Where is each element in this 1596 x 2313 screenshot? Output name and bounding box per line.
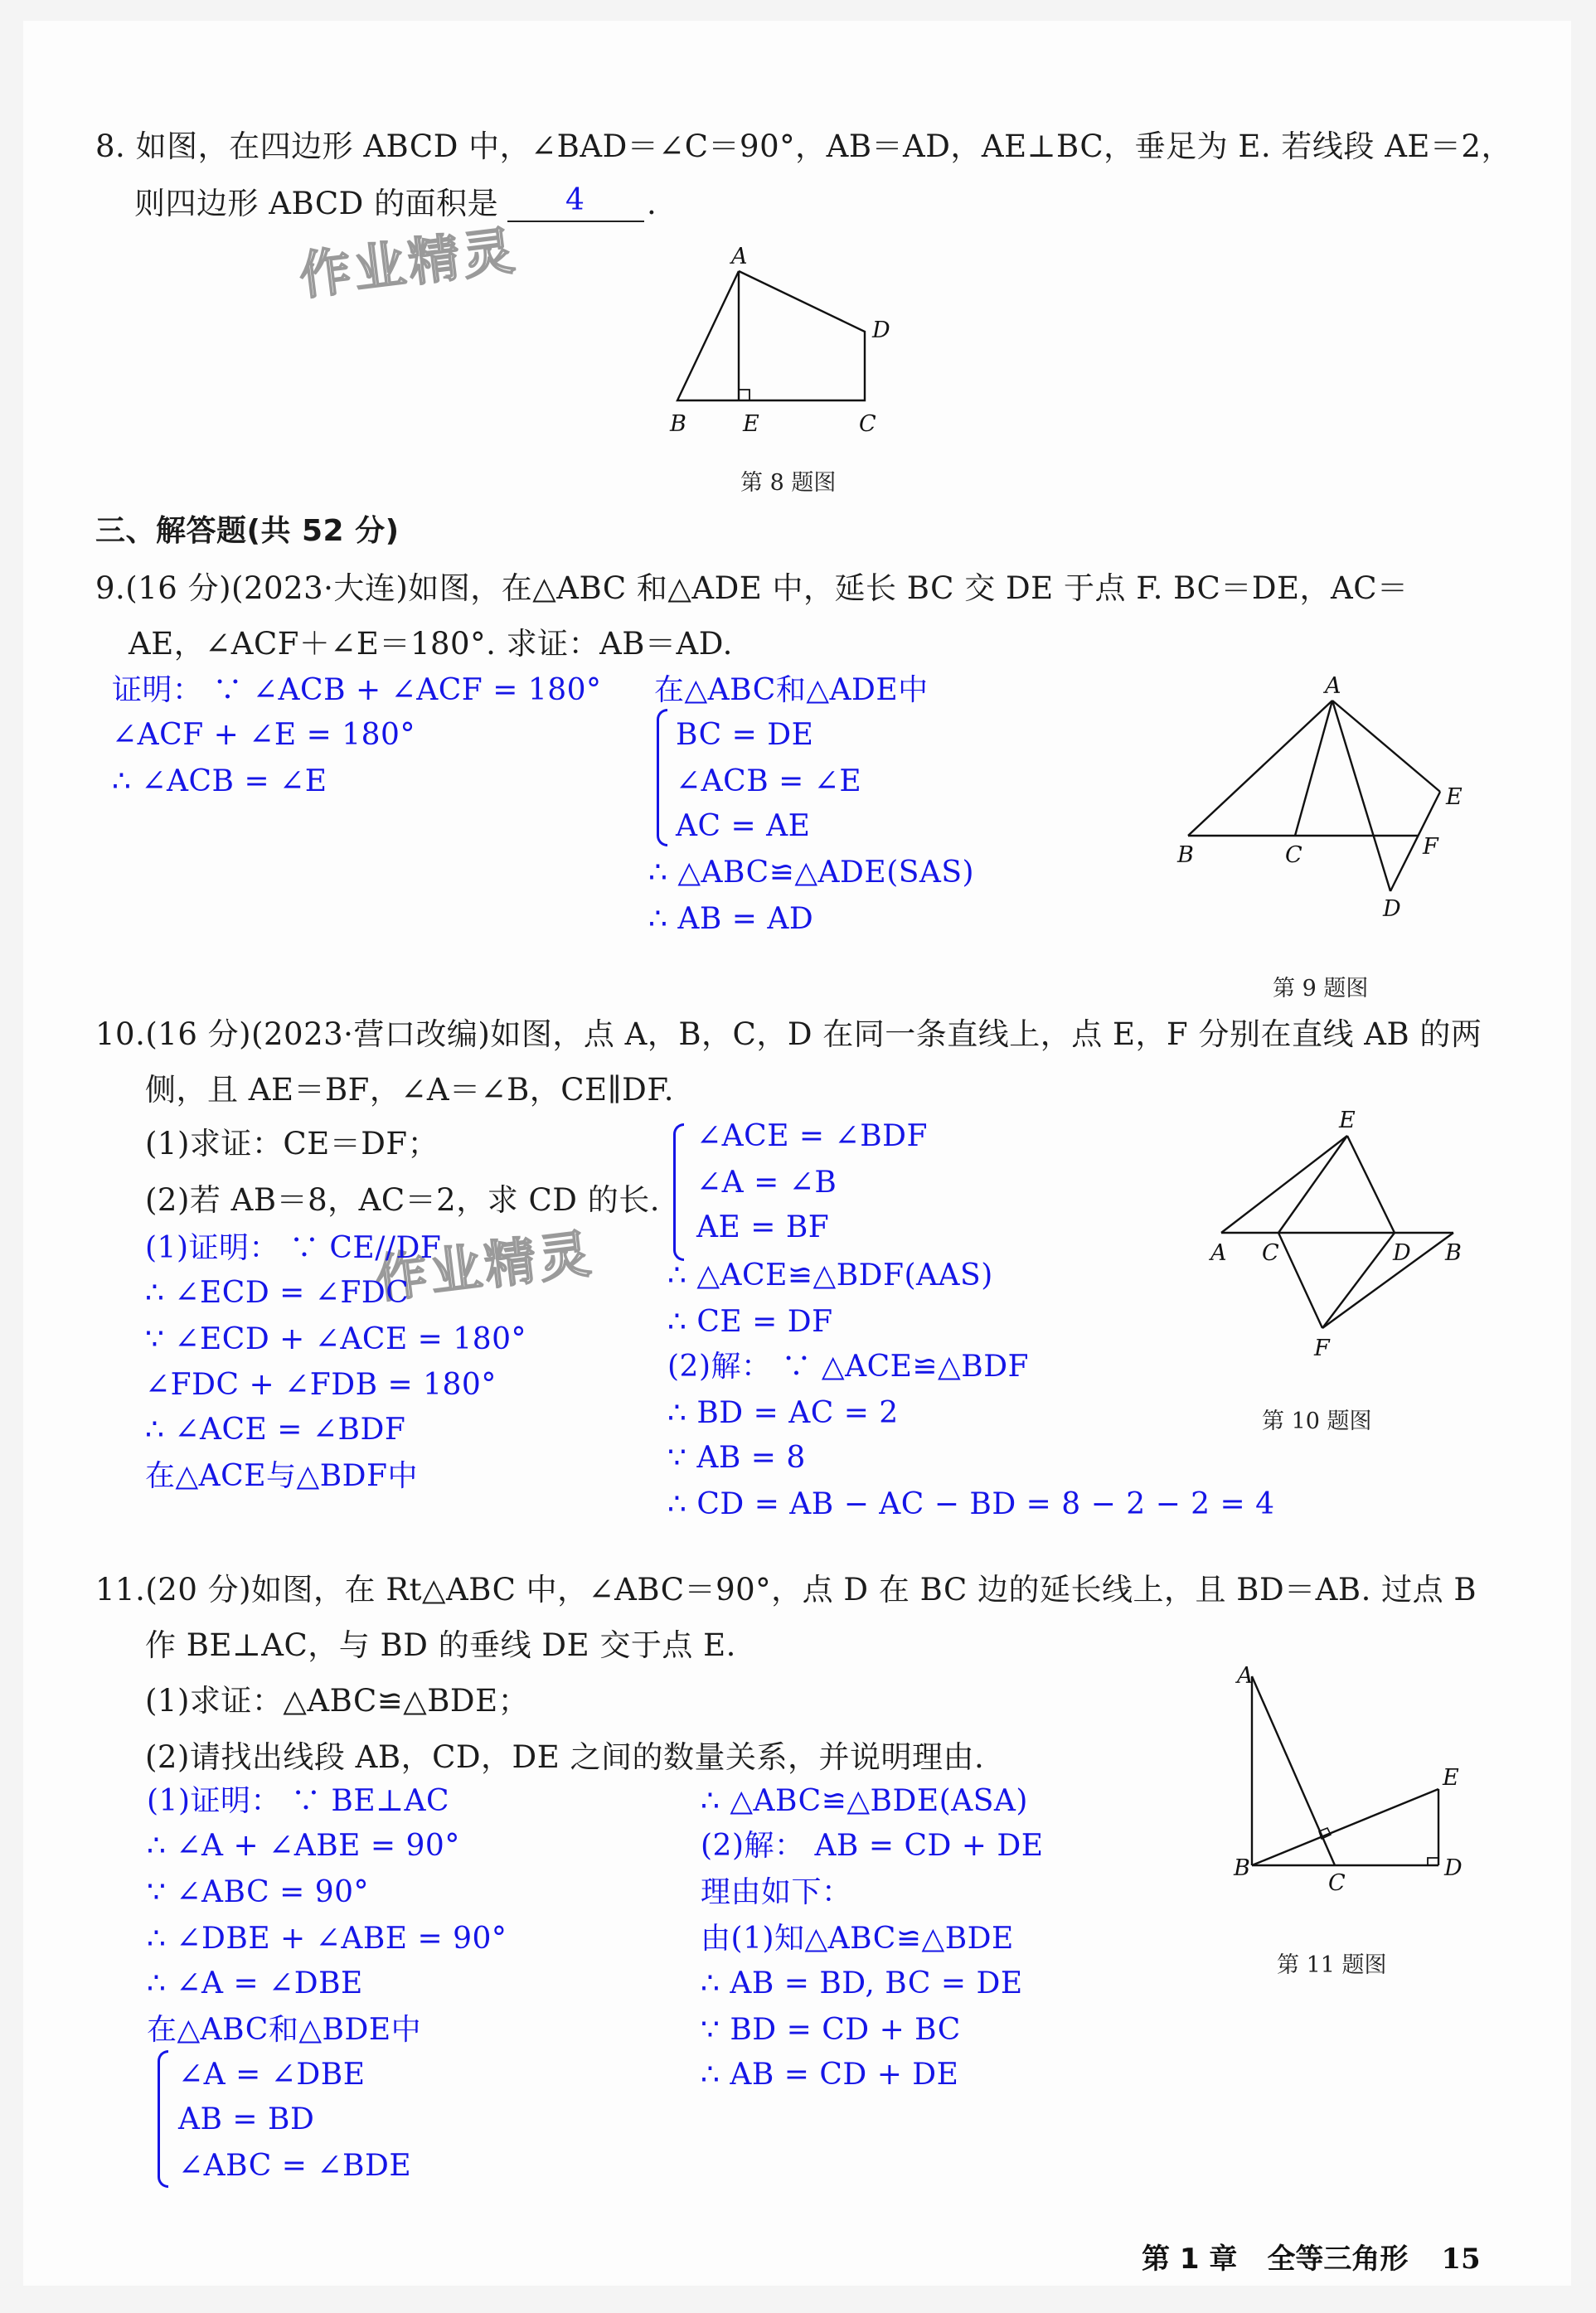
footer-chapter: 第 1 章 bbox=[1142, 2243, 1237, 2276]
label-D: D bbox=[1443, 1855, 1463, 1881]
figure-caption: 第 11 题图 bbox=[1277, 1947, 1387, 1979]
page-number: 15 bbox=[1441, 2243, 1480, 2276]
page-footer: 第 1 章全等三角形15 bbox=[1142, 2236, 1481, 2277]
label-E: E bbox=[1442, 1765, 1459, 1791]
label-C: C bbox=[1328, 1870, 1346, 1896]
footer-title: 全等三角形 bbox=[1267, 2243, 1408, 2276]
label-B: B bbox=[1233, 1855, 1250, 1881]
label-A: A bbox=[1235, 1663, 1254, 1689]
